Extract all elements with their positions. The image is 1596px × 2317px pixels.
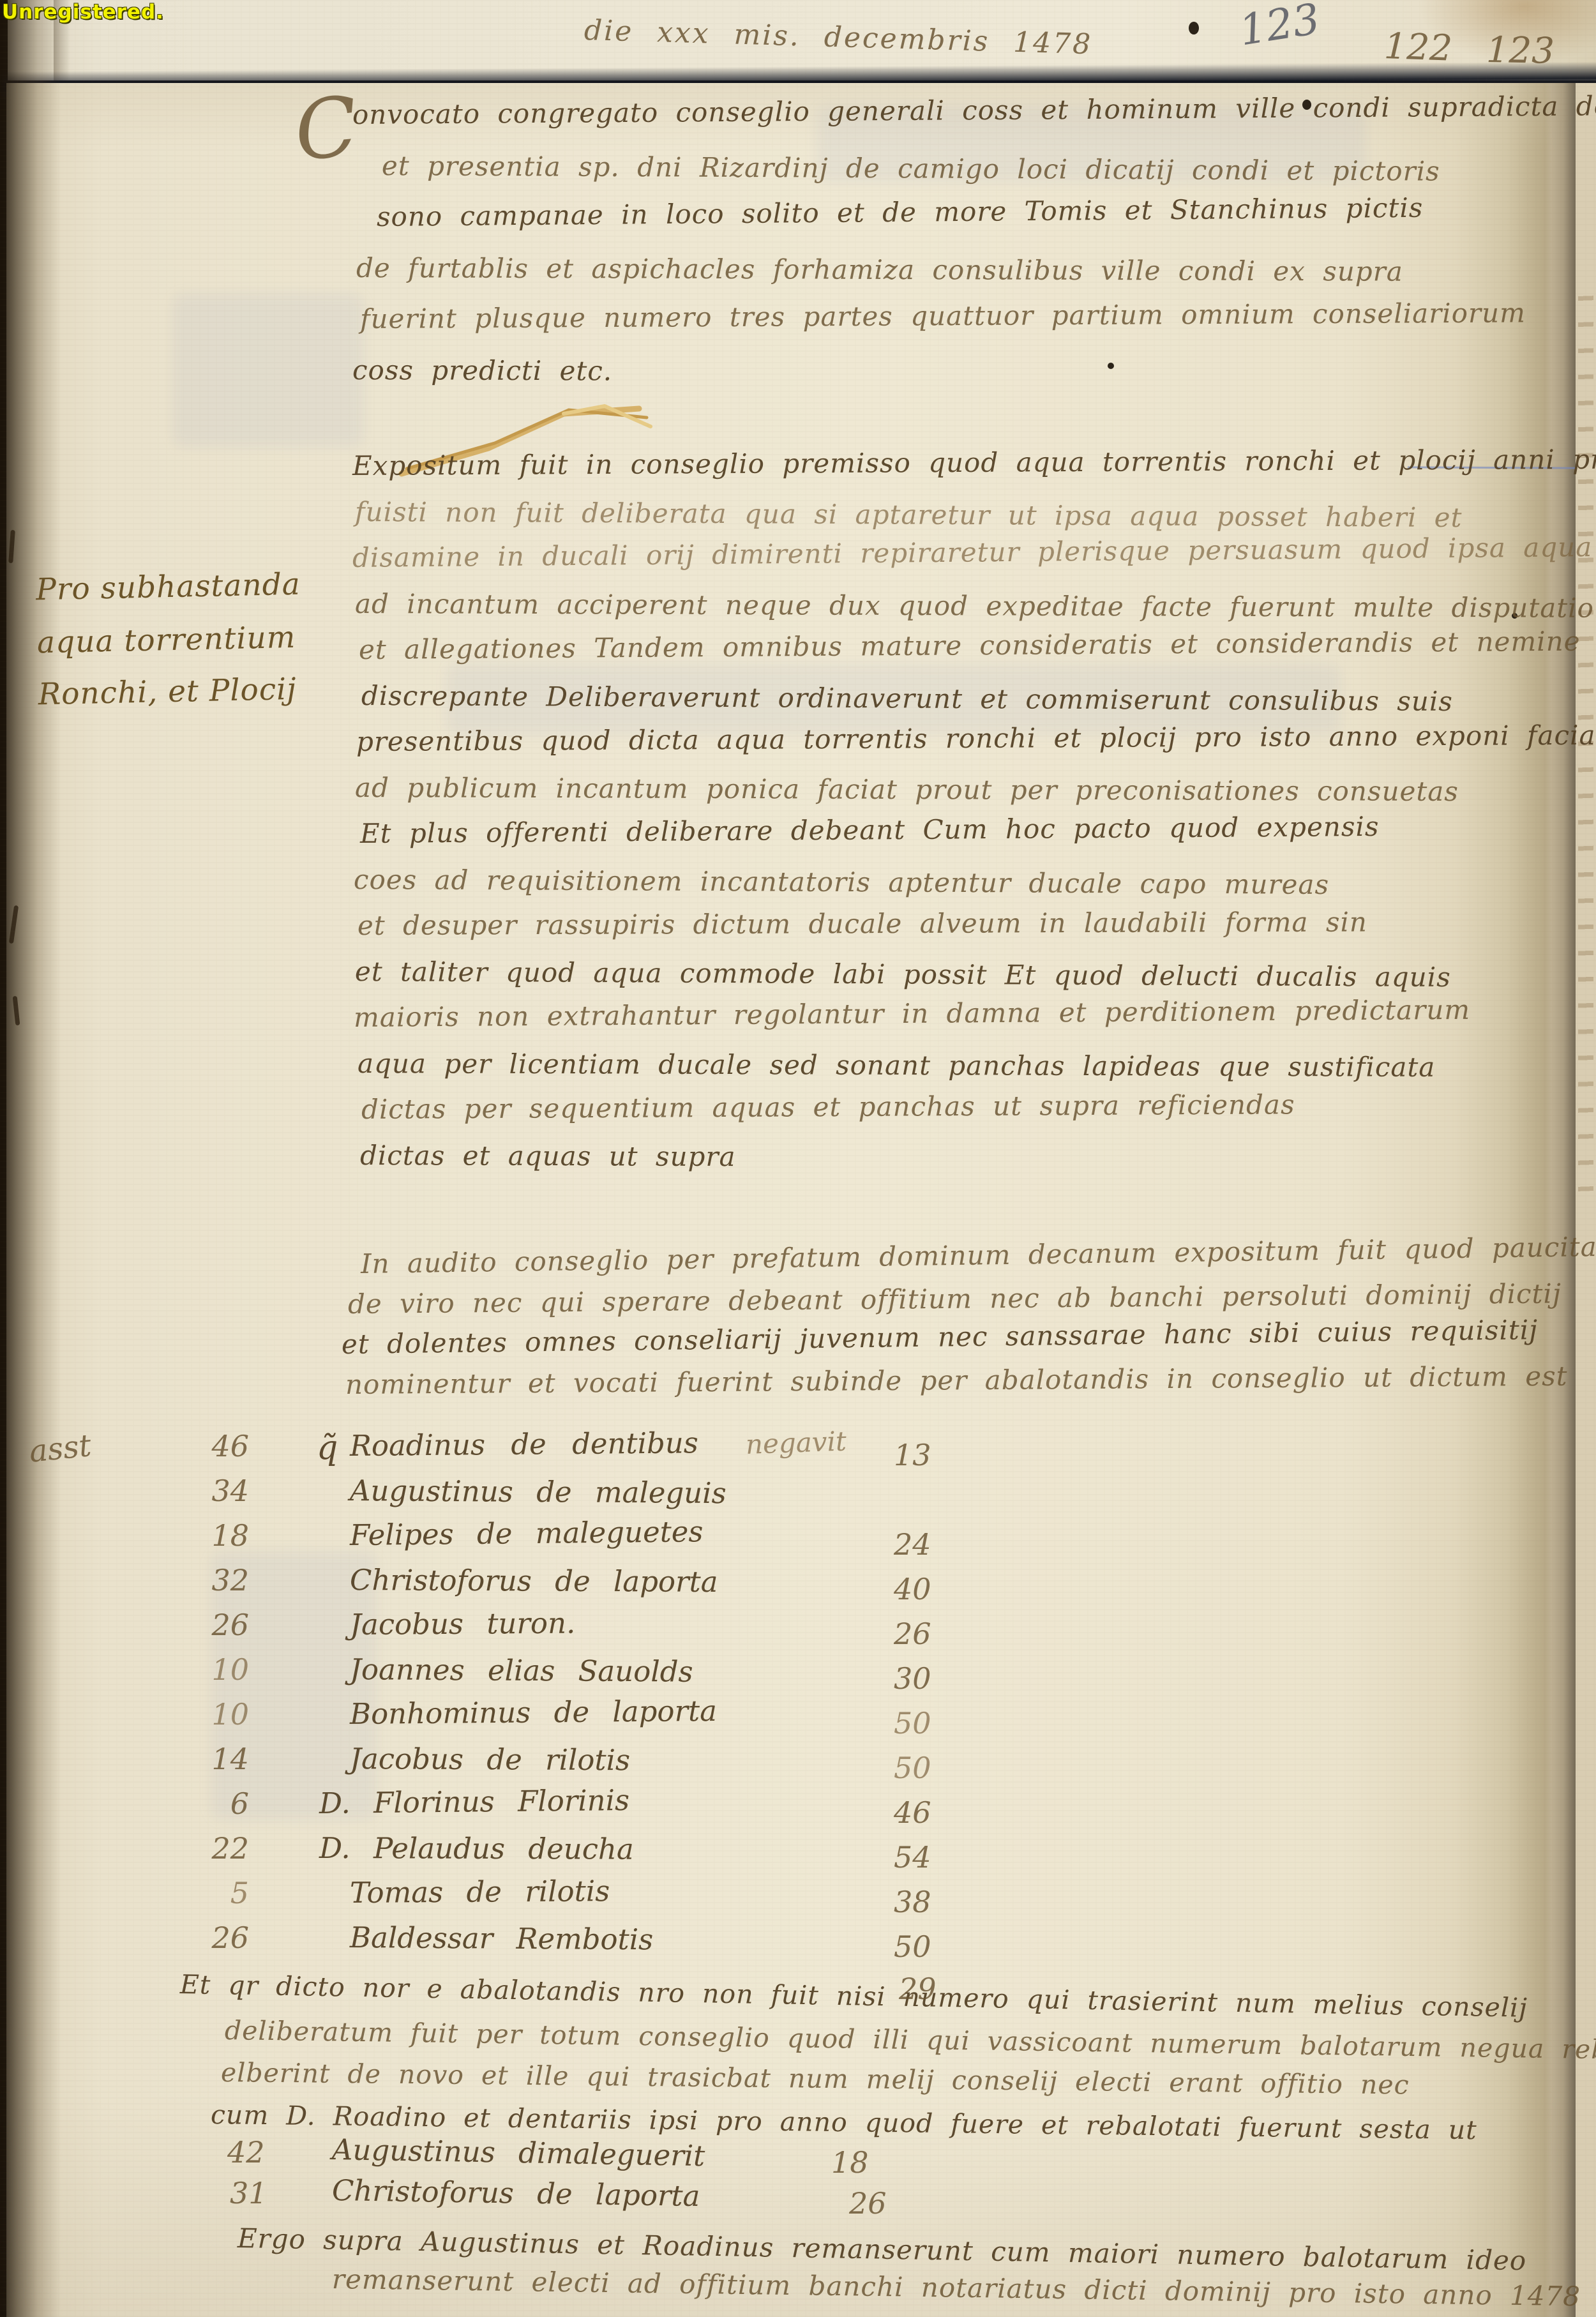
vote-count-left: 10	[192, 1652, 249, 1687]
voter-name: Roadinus de dentibus	[350, 1426, 698, 1463]
text-line: et allegationes Tandem omnibus mature co…	[359, 617, 1596, 673]
voter-name: Jacobus de rilotis	[350, 1742, 630, 1777]
vote-row: 32 Christoforus de laporta 40	[0, 1563, 1532, 1608]
vote-count-left: 31	[230, 2176, 267, 2210]
paragraph-2: Expositum fuit in conseglio premisso quo…	[352, 443, 1596, 1179]
paragraph-1: onvocato congregato conseglio generali c…	[352, 89, 1596, 396]
paragraph-3: In audito conseglio per prefatum dominum…	[342, 1244, 1596, 1405]
showthrough-patch	[172, 294, 364, 447]
vote-count-left: 42	[227, 2135, 265, 2170]
vote-count-left: 34	[192, 1474, 249, 1508]
folio-number-ink-old: 122	[1383, 26, 1453, 70]
vote-count-left: 32	[192, 1563, 249, 1597]
voter-name: Bonhominus de laporta	[350, 1694, 717, 1731]
voter-mark: q̃	[317, 1429, 338, 1467]
vote-count-right: 50	[894, 1706, 931, 1740]
vote-count-right: 46	[894, 1795, 931, 1830]
vote-row: 22 D. Pelaudus deucha 54	[0, 1831, 1532, 1876]
voter-name: Christoforus de laporta	[350, 1563, 718, 1599]
vote-count-left: 10	[192, 1697, 249, 1732]
text-line: Et plus offerenti deliberare debeant Cum…	[360, 801, 1596, 857]
text-line: et desuper rassupiris dictum ducale alve…	[358, 898, 1596, 949]
voter-name: Christoforus de laporta	[332, 2173, 700, 2213]
paragraph1-initial: C	[290, 79, 362, 179]
voter-name: D. Pelaudus deucha	[319, 1831, 634, 1866]
vote-count-right: 54	[894, 1840, 931, 1875]
vote-row: 26 Jacobus turon. 26	[0, 1608, 1532, 1652]
vote-row: 10 Joannes elias Sauolds 30	[0, 1652, 1532, 1697]
unregistered-watermark: Unregistered.	[2, 1, 164, 24]
text-line: maioris non extrahantur regolantur in da…	[354, 985, 1596, 1041]
voter-name: Joannes elias Sauolds	[350, 1652, 693, 1689]
margin-note-line: aqua torrentium	[36, 620, 302, 661]
vote-note: negavit	[745, 1426, 847, 1460]
text-line: coss predicti etc.	[352, 345, 1596, 400]
voter-name: D. Florinus Florinis	[319, 1783, 630, 1820]
vote-row: 6 D. Florinus Florinis 46	[0, 1786, 1532, 1831]
vote-row: 26 Baldessar Rembotis 50	[0, 1921, 1532, 1965]
vote-row: 10 Bonhominus de laporta 50	[0, 1697, 1532, 1742]
voter-name: Jacobus turon.	[350, 1606, 576, 1642]
vote-count-right: 26	[894, 1617, 931, 1651]
voter-name: Tomas de rilotis	[350, 1874, 610, 1910]
vote-count-right: 24	[894, 1527, 931, 1562]
voter-name: Baldessar Rembotis	[350, 1921, 654, 1956]
vote-count-right: 29	[899, 1972, 937, 2006]
vote-count-left: 5	[192, 1876, 249, 1910]
text-line: dictas per sequentium aquas et panchas u…	[361, 1080, 1596, 1133]
vote-count-right: 38	[894, 1885, 931, 1919]
margin-note-line: Ronchi, et Plocij	[38, 672, 303, 713]
vote-count-right: 50	[894, 1929, 931, 1964]
vote-count-right: 30	[894, 1661, 931, 1696]
vote-count-right: 40	[894, 1572, 931, 1606]
text-line: onvocato congregato conseglio generali c…	[352, 80, 1596, 140]
vote-count-right: 13	[894, 1438, 931, 1472]
vote-count-left: 26	[192, 1921, 249, 1955]
closing-block: Et qr dicto nor e abalotandis nro non fu…	[0, 1961, 1596, 2317]
text-line: nominentur et vocati fuerint subinde per…	[345, 1355, 1596, 1405]
text-line: sono campanae in loco solito et de more …	[377, 180, 1596, 243]
text-line: presentibus quod dicta aqua torrentis ro…	[356, 712, 1596, 765]
voter-name: Augustinus de maleguis	[350, 1474, 726, 1510]
vote-row: 18 Felipes de maleguetes 24	[0, 1518, 1532, 1563]
vote-count-right: 26	[849, 2186, 887, 2221]
ink-speck	[1189, 22, 1199, 34]
vote-row: 5 Tomas de rilotis 38	[0, 1876, 1532, 1921]
text-line: fuerint plusque numero tres partes quatt…	[360, 287, 1596, 345]
vote-count-left: 46	[192, 1429, 249, 1463]
vote-count-left: 18	[192, 1518, 249, 1553]
margin-note: Pro subhastanda aqua torrentium Ronchi, …	[36, 567, 303, 713]
folio-number-ink: 123	[1486, 29, 1555, 72]
vote-row: 14 Jacobus de rilotis 50	[0, 1742, 1532, 1786]
vote-count-left: 22	[192, 1831, 249, 1866]
vote-row: 46 q̃ Roadinus de dentibus negavit 13	[0, 1429, 1532, 1474]
manuscript-scan: Unregistered. die xxx mis. decembris 147…	[0, 0, 1596, 2317]
vote-count-left: 14	[192, 1742, 249, 1776]
vote-row: 34 Augustinus de maleguis	[0, 1474, 1532, 1518]
vote-count-right: 50	[894, 1751, 931, 1785]
vote-count-left: 26	[192, 1608, 249, 1642]
vote-count-left: 6	[192, 1786, 249, 1821]
voter-name: Felipes de maleguetes	[350, 1514, 704, 1552]
text-line: dictas et aquas ut supra	[360, 1133, 1596, 1183]
margin-note-line: Pro subhastanda	[36, 567, 301, 608]
vote-count-right: 18	[831, 2145, 869, 2180]
text-line: Expositum fuit in conseglio premisso quo…	[352, 436, 1596, 489]
voter-name: Augustinus dimaleguerit	[332, 2132, 705, 2173]
